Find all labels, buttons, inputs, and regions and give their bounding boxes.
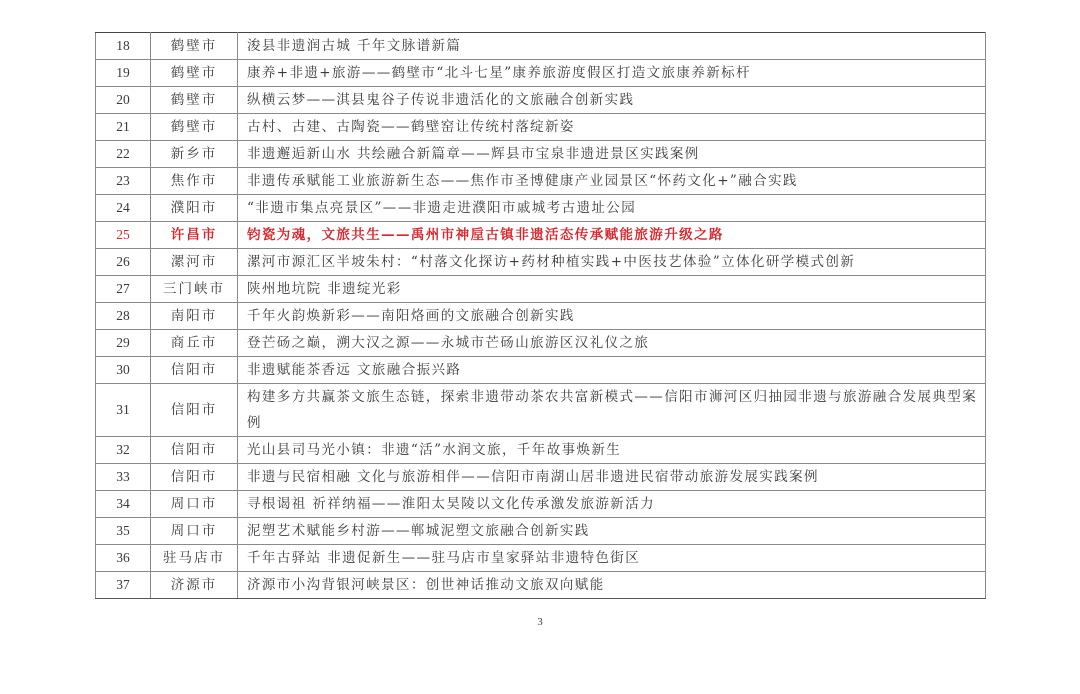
case-title-cell: 浚县非遗润古城 千年文脉谱新篇 (238, 33, 986, 60)
table-row: 19鹤壁市康养+非遗+旅游——鹤壁市“北斗七星”康养旅游度假区打造文旅康养新标杆 (96, 60, 986, 87)
case-title-cell: 漯河市源汇区半坡朱村：“村落文化探访+药材种植实践+中医技艺体验”立体化研学模式… (238, 249, 986, 276)
row-number: 24 (96, 195, 151, 222)
city-cell: 三门峡市 (151, 276, 238, 303)
case-title-cell: 钧瓷为魂，文旅共生——禹州市神垕古镇非遗活态传承赋能旅游升级之路 (238, 222, 986, 249)
row-number: 19 (96, 60, 151, 87)
table-row: 22新乡市非遗邂逅新山水 共绘融合新篇章——辉县市宝泉非遗进景区实践案例 (96, 141, 986, 168)
city-cell: 驻马店市 (151, 545, 238, 572)
case-title-cell: 光山县司马光小镇：非遗“活”水润文旅，千年故事焕新生 (238, 437, 986, 464)
case-title-cell: 构建多方共赢茶文旅生态链，探索非遗带动茶农共富新模式——信阳市浉河区归抽园非遗与… (238, 384, 986, 437)
row-number: 25 (96, 222, 151, 249)
city-cell: 商丘市 (151, 330, 238, 357)
table-row: 37济源市济源市小沟背银河峡景区：创世神话推动文旅双向赋能 (96, 572, 986, 599)
table-row: 26漯河市漯河市源汇区半坡朱村：“村落文化探访+药材种植实践+中医技艺体验”立体… (96, 249, 986, 276)
row-number: 34 (96, 491, 151, 518)
case-title-cell: 千年火韵焕新彩——南阳烙画的文旅融合创新实践 (238, 303, 986, 330)
table-row: 18鹤壁市浚县非遗润古城 千年文脉谱新篇 (96, 33, 986, 60)
table-row: 34周口市寻根谒祖 祈祥纳福——淮阳太昊陵以文化传承激发旅游新活力 (96, 491, 986, 518)
row-number: 28 (96, 303, 151, 330)
city-cell: 濮阳市 (151, 195, 238, 222)
row-number: 30 (96, 357, 151, 384)
row-number: 21 (96, 114, 151, 141)
city-cell: 信阳市 (151, 464, 238, 491)
table-row: 29商丘市登芒砀之巅，溯大汉之源——永城市芒砀山旅游区汉礼仪之旅 (96, 330, 986, 357)
table-row: 20鹤壁市纵横云梦——淇县鬼谷子传说非遗活化的文旅融合创新实践 (96, 87, 986, 114)
city-cell: 焦作市 (151, 168, 238, 195)
table-row-highlighted: 25许昌市钧瓷为魂，文旅共生——禹州市神垕古镇非遗活态传承赋能旅游升级之路 (96, 222, 986, 249)
table-row: 21鹤壁市古村、古建、古陶瓷——鹤壁窑让传统村落绽新姿 (96, 114, 986, 141)
case-title-cell: “非遗市集点亮景区”——非遗走进濮阳市戚城考古遗址公园 (238, 195, 986, 222)
case-title-cell: 古村、古建、古陶瓷——鹤壁窑让传统村落绽新姿 (238, 114, 986, 141)
row-number: 18 (96, 33, 151, 60)
case-title-cell: 泥塑艺术赋能乡村游——郸城泥塑文旅融合创新实践 (238, 518, 986, 545)
table-row: 24濮阳市“非遗市集点亮景区”——非遗走进濮阳市戚城考古遗址公园 (96, 195, 986, 222)
city-cell: 信阳市 (151, 357, 238, 384)
city-cell: 漯河市 (151, 249, 238, 276)
table-row: 32信阳市光山县司马光小镇：非遗“活”水润文旅，千年故事焕新生 (96, 437, 986, 464)
table-row: 35周口市泥塑艺术赋能乡村游——郸城泥塑文旅融合创新实践 (96, 518, 986, 545)
case-list-table: 18鹤壁市浚县非遗润古城 千年文脉谱新篇 19鹤壁市康养+非遗+旅游——鹤壁市“… (95, 32, 986, 599)
case-title-cell: 康养+非遗+旅游——鹤壁市“北斗七星”康养旅游度假区打造文旅康养新标杆 (238, 60, 986, 87)
case-title-cell: 纵横云梦——淇县鬼谷子传说非遗活化的文旅融合创新实践 (238, 87, 986, 114)
city-cell: 新乡市 (151, 141, 238, 168)
table-row: 23焦作市非遗传承赋能工业旅游新生态——焦作市圣博健康产业园景区“怀药文化+”融… (96, 168, 986, 195)
case-title-cell: 寻根谒祖 祈祥纳福——淮阳太昊陵以文化传承激发旅游新活力 (238, 491, 986, 518)
city-cell: 鹤壁市 (151, 60, 238, 87)
table-row: 30信阳市非遗赋能茶香远 文旅融合振兴路 (96, 357, 986, 384)
city-cell: 周口市 (151, 518, 238, 545)
page-number: 3 (534, 616, 546, 628)
table-row: 36驻马店市千年古驿站 非遗促新生——驻马店市皇家驿站非遗特色街区 (96, 545, 986, 572)
row-number: 23 (96, 168, 151, 195)
table-row: 31信阳市构建多方共赢茶文旅生态链，探索非遗带动茶农共富新模式——信阳市浉河区归… (96, 384, 986, 437)
city-cell: 周口市 (151, 491, 238, 518)
case-title-cell: 陕州地坑院 非遗绽光彩 (238, 276, 986, 303)
table-row: 28南阳市千年火韵焕新彩——南阳烙画的文旅融合创新实践 (96, 303, 986, 330)
city-cell: 鹤壁市 (151, 33, 238, 60)
row-number: 27 (96, 276, 151, 303)
row-number: 31 (96, 384, 151, 437)
case-title-cell: 千年古驿站 非遗促新生——驻马店市皇家驿站非遗特色街区 (238, 545, 986, 572)
case-title-cell: 非遗赋能茶香远 文旅融合振兴路 (238, 357, 986, 384)
city-cell: 鹤壁市 (151, 114, 238, 141)
city-cell: 南阳市 (151, 303, 238, 330)
row-number: 35 (96, 518, 151, 545)
city-cell: 信阳市 (151, 437, 238, 464)
table-row: 33信阳市非遗与民宿相融 文化与旅游相伴——信阳市南湖山居非遗进民宿带动旅游发展… (96, 464, 986, 491)
row-number: 26 (96, 249, 151, 276)
row-number: 36 (96, 545, 151, 572)
case-title-cell: 非遗邂逅新山水 共绘融合新篇章——辉县市宝泉非遗进景区实践案例 (238, 141, 986, 168)
city-cell: 济源市 (151, 572, 238, 599)
city-cell: 鹤壁市 (151, 87, 238, 114)
case-title-cell: 非遗传承赋能工业旅游新生态——焦作市圣博健康产业园景区“怀药文化+”融合实践 (238, 168, 986, 195)
row-number: 29 (96, 330, 151, 357)
table-row: 27三门峡市陕州地坑院 非遗绽光彩 (96, 276, 986, 303)
case-title-cell: 济源市小沟背银河峡景区：创世神话推动文旅双向赋能 (238, 572, 986, 599)
case-title-cell: 登芒砀之巅，溯大汉之源——永城市芒砀山旅游区汉礼仪之旅 (238, 330, 986, 357)
row-number: 20 (96, 87, 151, 114)
row-number: 37 (96, 572, 151, 599)
row-number: 32 (96, 437, 151, 464)
city-cell: 信阳市 (151, 384, 238, 437)
case-title-cell: 非遗与民宿相融 文化与旅游相伴——信阳市南湖山居非遗进民宿带动旅游发展实践案例 (238, 464, 986, 491)
city-cell: 许昌市 (151, 222, 238, 249)
document-page: 18鹤壁市浚县非遗润古城 千年文脉谱新篇 19鹤壁市康养+非遗+旅游——鹤壁市“… (0, 0, 1080, 694)
row-number: 33 (96, 464, 151, 491)
row-number: 22 (96, 141, 151, 168)
